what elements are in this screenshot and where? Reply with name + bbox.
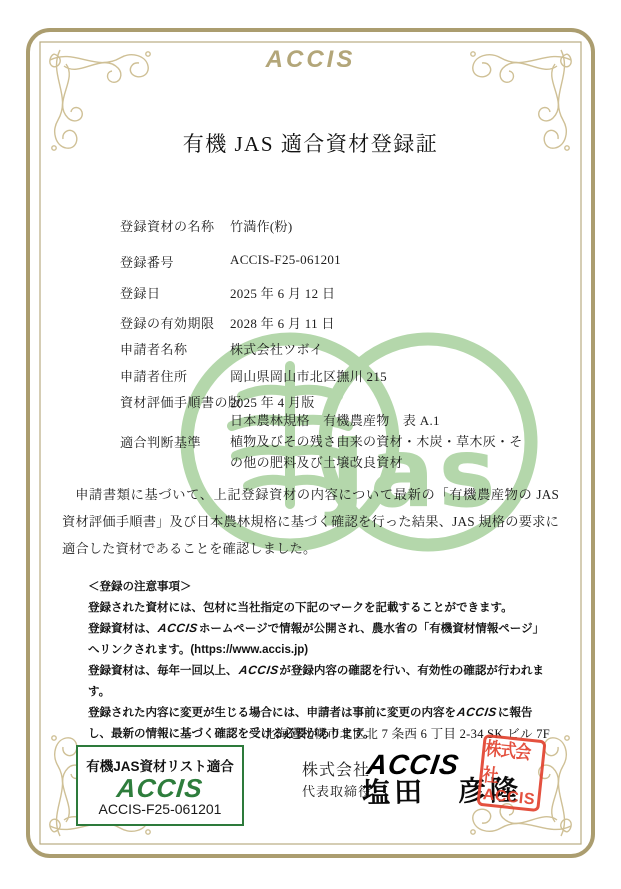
notes-lines: 登録された資材には、包材に当社指定の下記のマークを記載することができます。登録資… [88, 598, 550, 745]
accis-logo: ACCIS [0, 46, 621, 74]
field-value: 2028 年 6 月 11 日 [230, 313, 335, 332]
company-seal-stamp: 株式会社 ACCIS [476, 734, 546, 812]
field-value: 竹満作(粉) [230, 216, 292, 235]
issuer-company-prefix: 株式会社 [302, 757, 370, 780]
note-text: 登録された内容に変更が生じる場合には、申請者は事前に変更の内容を [88, 707, 456, 719]
certificate-page: Jas [0, 0, 621, 889]
field-value: ACCIS-F25-061201 [230, 252, 341, 268]
note-line: 登録された資材には、包材に当社指定の下記のマークを記載することができます。 [88, 598, 550, 619]
field-label: 登録の有効期限 [120, 313, 215, 332]
field-label: 適合判断基準 [120, 432, 201, 451]
accis-logo-inline: ACCIS [156, 618, 201, 639]
certificate-title: 有機 JAS 適合資材登録証 [0, 128, 621, 158]
jas-list-mark-box: 有機JAS資材リスト適合 ACCIS ACCIS-F25-061201 [76, 745, 244, 826]
field-label: 登録日 [120, 283, 161, 302]
field-label: 登録資材の名称 [120, 216, 215, 235]
note-text: 登録された資材には、包材に当社指定の下記のマークを記載することができます。 [88, 602, 513, 614]
note-text: 登録資材は、毎年一回以上、 [88, 665, 238, 677]
accis-logo-inline: ACCIS [455, 702, 500, 723]
seal-text-top: 株式会社 [481, 733, 543, 792]
confirmation-paragraph: 申請書類に基づいて、上記登録資材の内容について最新の「有機農産物の JAS 資材… [62, 481, 559, 562]
notes-heading: ＜登録の注意事項＞ [88, 577, 550, 598]
field-label: 申請者名称 [120, 339, 188, 358]
mark-box-caption: 有機JAS資材リスト適合 [86, 755, 234, 775]
note-line: 登録資材は、毎年一回以上、ACCISが登録内容の確認を行い、有効性の確認が行われ… [88, 660, 550, 702]
field-value: 2025 年 6 月 12 日 [230, 283, 335, 302]
field-label: 登録番号 [120, 252, 174, 271]
field-value: 株式会社ツボイ [230, 339, 323, 358]
field-label: 資材評価手順書の版 [120, 392, 242, 411]
field-label: 申請者住所 [120, 366, 188, 385]
accis-logo-inline: ACCIS [236, 660, 281, 681]
notes-section: ＜登録の注意事項＞ 登録された資材には、包材に当社指定の下記のマークを記載するこ… [88, 577, 550, 744]
field-value: 2025 年 4 月版 [230, 392, 315, 411]
field-value: 岡山県岡山市北区撫川 215 [230, 366, 387, 385]
note-text: 登録資材は、 [88, 623, 157, 635]
field-value: 日本農林規格 有機農産物 表 A.1 植物及びその残さ由来の資材・木炭・草木灰・… [230, 410, 523, 473]
mark-box-accis-logo: ACCIS [116, 775, 205, 801]
note-line: 登録資材は、ACCISホームページで情報が公開され、農水省の「有機資材情報ページ… [88, 618, 550, 660]
